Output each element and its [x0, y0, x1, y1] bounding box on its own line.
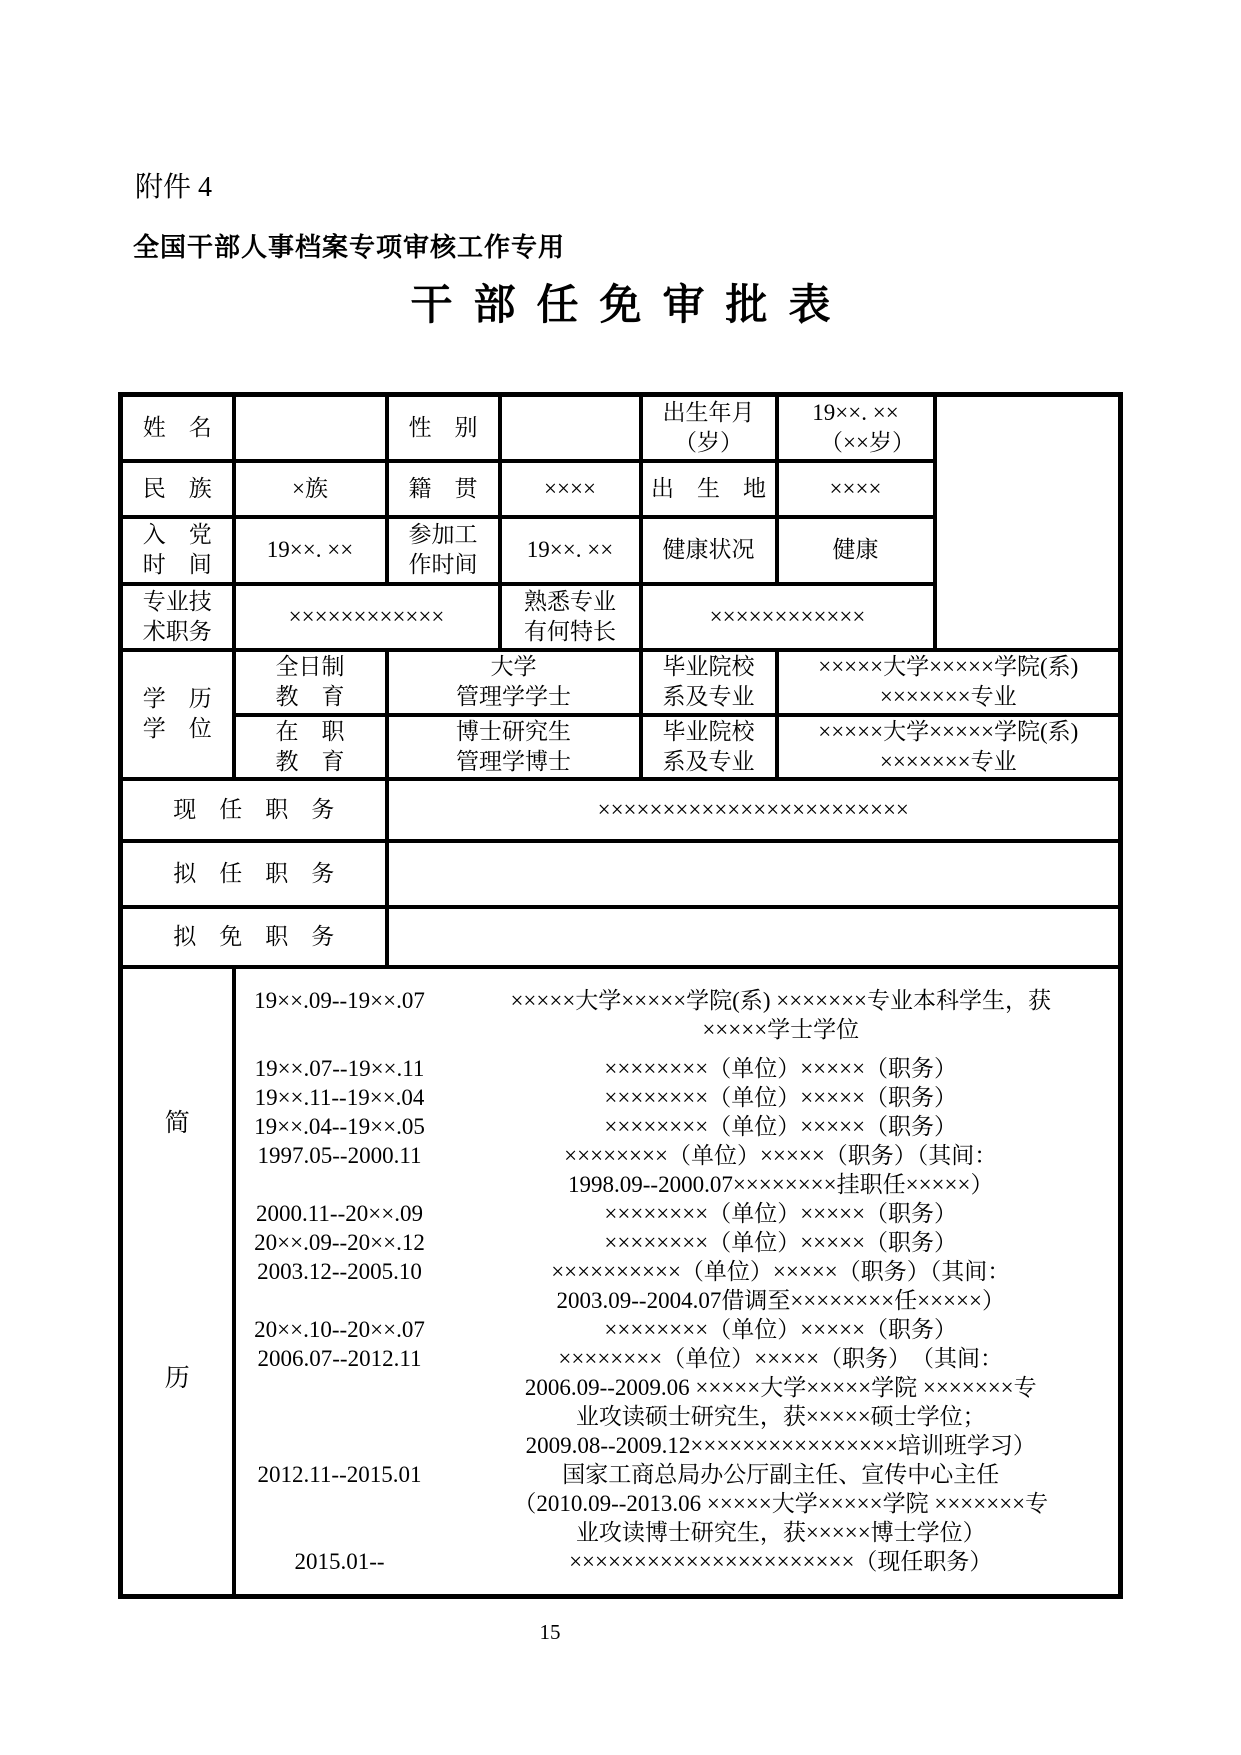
removal-position-value	[387, 907, 1121, 967]
resume-entry-time: 2000.11--20××.09	[236, 1199, 444, 1228]
row-proposed-position: 拟 任 职 务	[121, 841, 1121, 907]
photo-cell	[935, 395, 1121, 650]
birthdate-label-line1: 出生年月	[643, 398, 775, 428]
resume-entry-time: 19××.11--19××.04	[236, 1083, 444, 1112]
birthdate-label-line2: （岁）	[643, 428, 775, 458]
attachment-label: 附件 4	[135, 165, 212, 205]
resume-entry: 1997.05--2000.11××××××××（单位）×××××（职务）（其间…	[236, 1141, 1119, 1199]
resume-entry-description: ××××××××（单位）×××××（职务）	[444, 1228, 1119, 1257]
resume-label: 简 历	[121, 967, 234, 1597]
tech-title-label-line1: 专业技	[123, 587, 232, 617]
onjob-school-label: 毕业院校 系及专业	[641, 715, 777, 779]
birthplace-value: ××××	[777, 461, 935, 517]
resume-entry-description: 国家工商总局办公厅副主任、宣传中心主任（2010.09--2013.06 ×××…	[444, 1460, 1119, 1547]
resume-entry-description: ××××××××（单位）×××××（职务） （其间：2006.09--2009.…	[444, 1344, 1119, 1460]
tech-title-value: ××××××××××××	[234, 584, 500, 650]
removal-position-label: 拟 免 职 务	[121, 907, 387, 967]
fulltime-education-label: 全日制 教 育	[234, 650, 387, 715]
resume-entry-time: 2015.01--	[236, 1547, 444, 1576]
resume-entry-time: 2006.07--2012.11	[236, 1344, 444, 1460]
current-position-value: ××××××××××××××××××××××××	[387, 779, 1121, 841]
party-join-label: 入 党 时 间	[121, 517, 234, 584]
row-education-onjob: 在 职 教 育 博士研究生 管理学博士 毕业院校 系及专业 ×××××大学×××…	[121, 715, 1121, 779]
resume-entry-description: ××××××××（单位）×××××（职务）	[444, 1315, 1119, 1344]
resume-entry: 20××.10--20××.07××××××××（单位）×××××（职务）	[236, 1315, 1119, 1344]
birthdate-value-line2: （××岁）	[779, 428, 933, 458]
education-label: 学 历 学 位	[121, 650, 234, 779]
tech-title-label: 专业技 术职务	[121, 584, 234, 650]
resume-entry: 19××.11--19××.04××××××××（单位）×××××（职务）	[236, 1083, 1119, 1112]
fulltime-degree-line2: 管理学学士	[389, 682, 639, 712]
birthplace-label: 出 生 地	[641, 461, 777, 517]
header-note: 全国干部人事档案专项审核工作专用	[133, 227, 565, 264]
fulltime-degree-value: 大学 管理学学士	[387, 650, 641, 715]
native-place-label: 籍 贯	[387, 461, 500, 517]
row-removal-position: 拟 免 职 务	[121, 907, 1121, 967]
onjob-school-label-line1: 毕业院校	[643, 717, 775, 747]
onjob-school-line1: ×××××大学×××××学院(系)	[779, 717, 1119, 747]
proposed-position-label: 拟 任 职 务	[121, 841, 387, 907]
resume-entry-time: 20××.09--20××.12	[236, 1228, 444, 1257]
resume-entry-time: 1997.05--2000.11	[236, 1141, 444, 1199]
fulltime-school-line1: ×××××大学×××××学院(系)	[779, 652, 1119, 682]
proposed-position-value	[387, 841, 1121, 907]
onjob-education-label-line2: 教 育	[236, 747, 385, 777]
specialty-label-line2: 有何特长	[502, 617, 639, 647]
gender-value	[500, 395, 641, 461]
birthdate-label: 出生年月 （岁）	[641, 395, 777, 461]
birthdate-value: 19××. ×× （××岁）	[777, 395, 935, 461]
onjob-education-label: 在 职 教 育	[234, 715, 387, 779]
resume-entry-time: 2012.11--2015.01	[236, 1460, 444, 1547]
education-label-line2: 学 位	[123, 714, 232, 744]
fulltime-school-value: ×××××大学×××××学院(系) ×××××××专业	[777, 650, 1121, 715]
fulltime-education-label-line1: 全日制	[236, 652, 385, 682]
resume-entry-time: 19××.07--19××.11	[236, 1054, 444, 1083]
health-label: 健康状况	[641, 517, 777, 584]
fulltime-degree-line1: 大学	[389, 652, 639, 682]
resume-entry-description: ××××××××（单位）×××××（职务）	[444, 1054, 1119, 1083]
ethnic-label: 民 族	[121, 461, 234, 517]
current-position-label: 现 任 职 务	[121, 779, 387, 841]
name-value	[234, 395, 387, 461]
resume-entry-time: 2003.12--2005.10	[236, 1257, 444, 1315]
onjob-school-label-line2: 系及专业	[643, 747, 775, 777]
tech-title-label-line2: 术职务	[123, 617, 232, 647]
resume-entry-time: 19××.04--19××.05	[236, 1112, 444, 1141]
resume-entries: 19××.09--19××.07×××××大学×××××学院(系) ××××××…	[236, 986, 1119, 1576]
work-start-value: 19××. ××	[500, 517, 641, 584]
work-start-label-line2: 作时间	[389, 550, 498, 580]
resume-entry-time: 19××.09--19××.07	[236, 986, 444, 1044]
resume-entry: 19××.09--19××.07×××××大学×××××学院(系) ××××××…	[236, 986, 1119, 1044]
page-number: 15	[0, 1620, 1100, 1645]
resume-entry-description: ××××××××××（单位）×××××（职务）（其间：2003.09--2004…	[444, 1257, 1119, 1315]
resume-entry-description: ××××××××（单位）×××××（职务）	[444, 1112, 1119, 1141]
page-title: 干部任免审批表	[0, 272, 1241, 332]
approval-form-table: 姓 名 性 别 出生年月 （岁） 19××. ×× （××岁） 民 族 ×族 籍…	[118, 392, 1123, 1599]
work-start-label-line1: 参加工	[389, 520, 498, 550]
onjob-degree-line1: 博士研究生	[389, 717, 639, 747]
gender-label: 性 别	[387, 395, 500, 461]
resume-entry-description: ××××××××（单位）×××××（职务）（其间：1998.09--2000.0…	[444, 1141, 1119, 1199]
party-join-label-line1: 入 党	[123, 520, 232, 550]
work-start-label: 参加工 作时间	[387, 517, 500, 584]
resume-entry: 2003.12--2005.10××××××××××（单位）×××××（职务）（…	[236, 1257, 1119, 1315]
name-label: 姓 名	[121, 395, 234, 461]
native-place-value: ××××	[500, 461, 641, 517]
row-education-fulltime: 学 历 学 位 全日制 教 育 大学 管理学学士 毕业院校 系及专业 ×××××…	[121, 650, 1121, 715]
fulltime-school-label-line2: 系及专业	[643, 682, 775, 712]
onjob-school-value: ×××××大学×××××学院(系) ×××××××专业	[777, 715, 1121, 779]
fulltime-school-label-line1: 毕业院校	[643, 652, 775, 682]
resume-entry: 2012.11--2015.01国家工商总局办公厅副主任、宣传中心主任（2010…	[236, 1460, 1119, 1547]
row-current-position: 现 任 职 务 ××××××××××××××××××××××××	[121, 779, 1121, 841]
resume-entry-time: 20××.10--20××.07	[236, 1315, 444, 1344]
fulltime-school-line2: ×××××××专业	[779, 682, 1119, 712]
resume-entry-description: ×××××大学×××××学院(系) ×××××××专业本科学生，获×××××学士…	[444, 986, 1119, 1044]
fulltime-education-label-line2: 教 育	[236, 682, 385, 712]
resume-entry: 2015.01--××××××××××××××××××××××（现任职务）	[236, 1547, 1119, 1576]
health-value: 健康	[777, 517, 935, 584]
resume-entry: 19××.04--19××.05××××××××（单位）×××××（职务）	[236, 1112, 1119, 1141]
resume-entry-description: ××××××××××××××××××××××（现任职务）	[444, 1547, 1119, 1576]
onjob-school-line2: ×××××××专业	[779, 747, 1119, 777]
specialty-label: 熟悉专业 有何特长	[500, 584, 641, 650]
ethnic-value: ×族	[234, 461, 387, 517]
onjob-degree-line2: 管理学博士	[389, 747, 639, 777]
party-join-value: 19××. ××	[234, 517, 387, 584]
resume-label-top: 简	[165, 1109, 190, 1139]
row-resume: 简 历 19××.09--19××.07×××××大学×××××学院(系) ××…	[121, 967, 1121, 1597]
onjob-education-label-line1: 在 职	[236, 717, 385, 747]
resume-entry: 2000.11--20××.09××××××××（单位）×××××（职务）	[236, 1199, 1119, 1228]
birthdate-value-line1: 19××. ××	[779, 398, 933, 428]
row-name-gender-birth: 姓 名 性 别 出生年月 （岁） 19××. ×× （××岁）	[121, 395, 1121, 461]
resume-entry-description: ××××××××（单位）×××××（职务）	[444, 1083, 1119, 1112]
party-join-label-line2: 时 间	[123, 550, 232, 580]
onjob-degree-value: 博士研究生 管理学博士	[387, 715, 641, 779]
fulltime-school-label: 毕业院校 系及专业	[641, 650, 777, 715]
education-label-line1: 学 历	[123, 684, 232, 714]
resume-entry: 2006.07--2012.11××××××××（单位）×××××（职务） （其…	[236, 1344, 1119, 1460]
resume-entry: 19××.07--19××.11××××××××（单位）×××××（职务）	[236, 1054, 1119, 1083]
resume-content: 19××.09--19××.07×××××大学×××××学院(系) ××××××…	[234, 967, 1121, 1597]
resume-entry: 20××.09--20××.12××××××××（单位）×××××（职务）	[236, 1228, 1119, 1257]
specialty-label-line1: 熟悉专业	[502, 587, 639, 617]
resume-entry-description: ××××××××（单位）×××××（职务）	[444, 1199, 1119, 1228]
resume-label-bottom: 历	[165, 1364, 190, 1394]
specialty-value: ××××××××××××	[641, 584, 935, 650]
